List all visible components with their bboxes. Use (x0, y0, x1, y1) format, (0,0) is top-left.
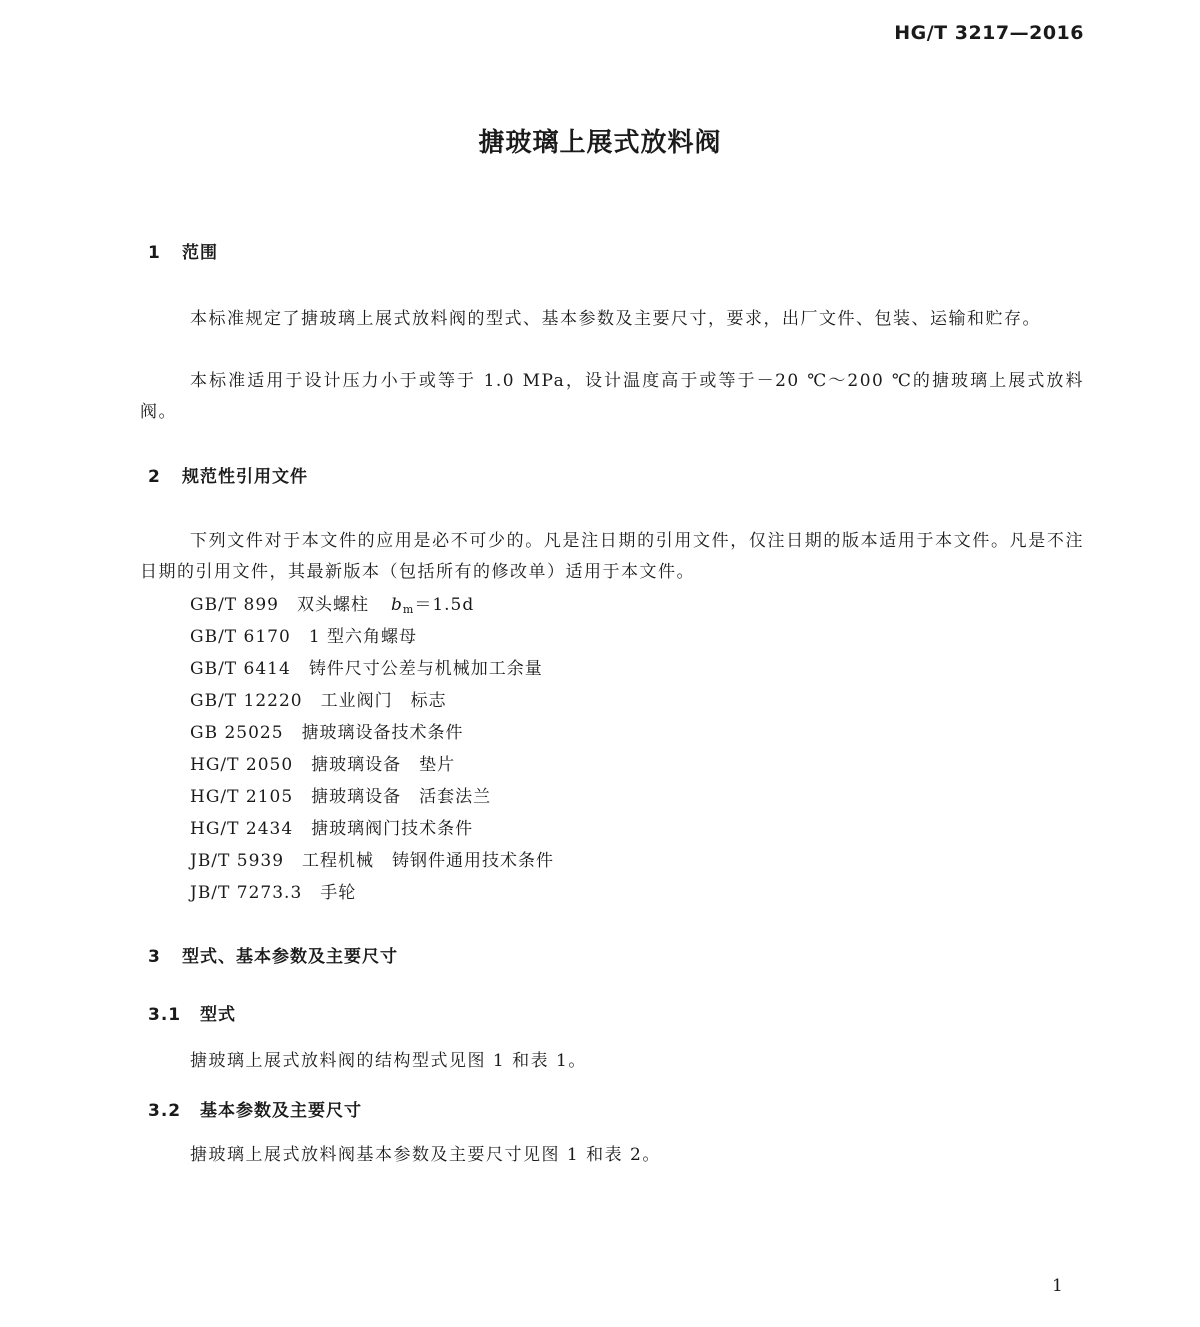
reference-title: 搪玻璃设备 活套法兰 (311, 787, 491, 807)
reference-code: HG/T 2050 (190, 755, 293, 775)
reference-item: GB/T 12220工业阀门 标志 (190, 686, 447, 711)
subsection-3-1-heading: 3.1型式 (148, 1000, 236, 1025)
reference-code: GB/T 899 (190, 595, 279, 615)
section-number: 1 (148, 243, 182, 263)
reference-item: GB 25025搪玻璃设备技术条件 (190, 718, 464, 743)
section-1-paragraph-1: 本标准规定了搪玻璃上展式放料阀的型式、基本参数及主要尺寸，要求，出厂文件、包装、… (140, 304, 1084, 335)
subsection-3-2-heading: 3.2基本参数及主要尺寸 (148, 1096, 362, 1121)
section-2-paragraph: 下列文件对于本文件的应用是必不可少的。凡是注日期的引用文件，仅注日期的版本适用于… (140, 526, 1084, 588)
section-title: 规范性引用文件 (182, 467, 308, 487)
reference-code: HG/T 2434 (190, 819, 293, 839)
page-number: 1 (1052, 1276, 1063, 1296)
reference-code: GB 25025 (190, 723, 284, 743)
subsection-3-2-paragraph: 搪玻璃上展式放料阀基本参数及主要尺寸见图 1 和表 2。 (140, 1140, 1084, 1171)
section-title: 范围 (182, 243, 218, 263)
formula-subscript: m (403, 603, 414, 616)
reference-title: 工业阀门 标志 (321, 691, 447, 711)
reference-item: JB/T 7273.3手轮 (190, 878, 356, 903)
reference-item: GB/T 61701 型六角螺母 (190, 622, 417, 647)
subsection-number: 3.1 (148, 1005, 200, 1025)
document-title: 搪玻璃上展式放料阀 (0, 122, 1200, 159)
reference-title: 铸件尺寸公差与机械加工余量 (309, 659, 543, 679)
section-2-heading: 2规范性引用文件 (148, 462, 308, 487)
reference-title: 搪玻璃阀门技术条件 (311, 819, 473, 839)
reference-title: 1 型六角螺母 (309, 627, 417, 647)
reference-title: 双头螺柱 (297, 595, 369, 615)
reference-title: 搪玻璃设备 垫片 (311, 755, 455, 775)
section-title: 型式、基本参数及主要尺寸 (182, 947, 398, 967)
section-1-heading: 1范围 (148, 238, 218, 263)
reference-code: GB/T 12220 (190, 691, 303, 711)
subsection-title: 型式 (200, 1005, 236, 1025)
reference-item: JB/T 5939工程机械 铸钢件通用技术条件 (190, 846, 554, 871)
reference-code: GB/T 6170 (190, 627, 291, 647)
reference-code: JB/T 5939 (190, 851, 284, 871)
section-3-heading: 3型式、基本参数及主要尺寸 (148, 942, 398, 967)
subsection-number: 3.2 (148, 1101, 200, 1121)
standard-number: HG/T 3217—2016 (894, 22, 1084, 44)
reference-title: 工程机械 铸钢件通用技术条件 (302, 851, 554, 871)
reference-code: HG/T 2105 (190, 787, 293, 807)
reference-item: GB/T 899双头螺柱bm＝1.5d (190, 590, 474, 616)
reference-code: GB/T 6414 (190, 659, 291, 679)
reference-title: 手轮 (320, 883, 356, 903)
subsection-title: 基本参数及主要尺寸 (200, 1101, 362, 1121)
section-number: 3 (148, 947, 182, 967)
reference-code: JB/T 7273.3 (190, 883, 302, 903)
formula-b: b (391, 595, 403, 615)
reference-title: 搪玻璃设备技术条件 (302, 723, 464, 743)
reference-item: HG/T 2434搪玻璃阀门技术条件 (190, 814, 473, 839)
reference-item: GB/T 6414铸件尺寸公差与机械加工余量 (190, 654, 543, 679)
subsection-3-1-paragraph: 搪玻璃上展式放料阀的结构型式见图 1 和表 1。 (140, 1046, 1084, 1077)
section-number: 2 (148, 467, 182, 487)
reference-item: HG/T 2105搪玻璃设备 活套法兰 (190, 782, 491, 807)
section-1-paragraph-2: 本标准适用于设计压力小于或等于 1.0 MPa，设计温度高于或等于－20 ℃～2… (140, 366, 1084, 428)
formula-rest: ＝1.5d (414, 595, 474, 615)
reference-item: HG/T 2050搪玻璃设备 垫片 (190, 750, 455, 775)
